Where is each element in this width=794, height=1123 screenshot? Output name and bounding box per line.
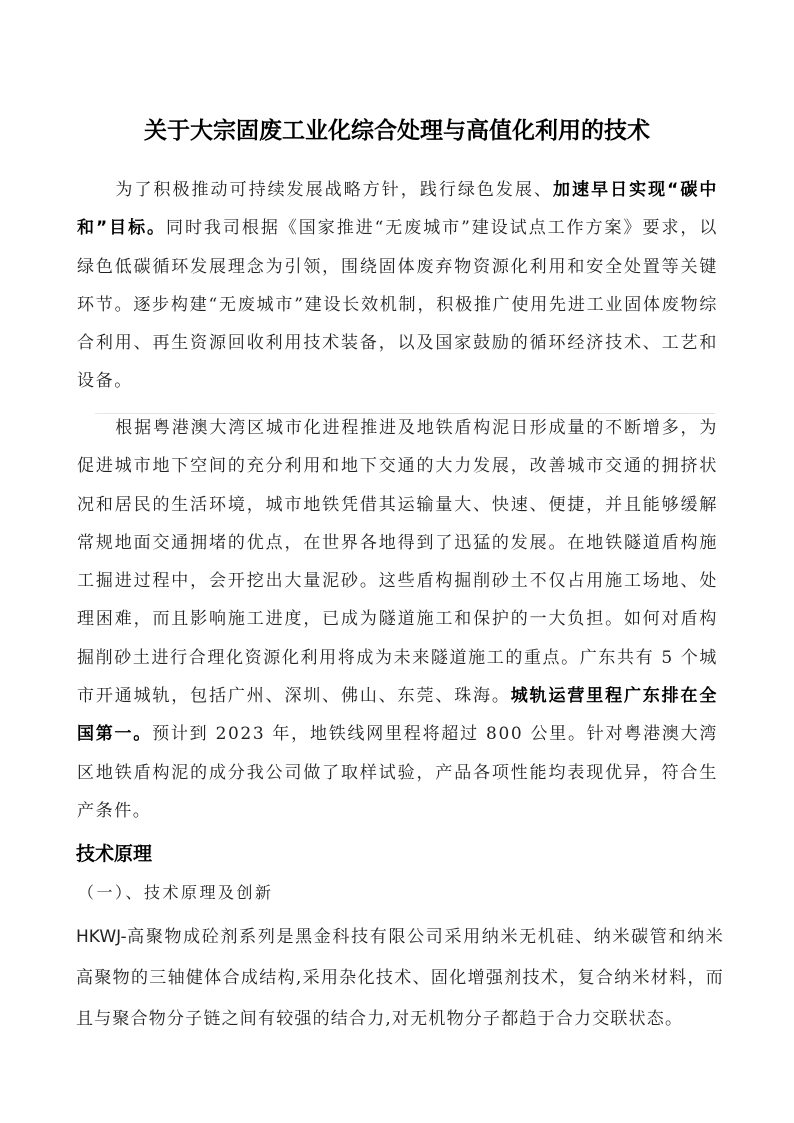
intro-paragraph: 为了积极推动可持续发展战略方针，践行绿色发展、加速早日实现“碳中和”目标。同时我… [77,171,718,401]
product-code: HKWJ- [76,927,127,947]
document-title: 关于大宗固废工业化综合处理与高值化利用的技术 [0,112,794,145]
technology-paragraph: HKWJ-高聚物成砼剂系列是黑金科技有限公司采用纳米无机硅、纳米碳管和纳米高聚物… [76,917,724,1040]
intro-text-2: 同时我司根据《国家推进“无废城市”建设试点工作方案》要求，以绿色低碳循环发展理念… [77,218,718,391]
technology-text: 高聚物成砼剂系列是黑金科技有限公司采用纳米无机硅、纳米碳管和纳米高聚物的三轴健体… [76,927,724,1029]
background-paragraph: 根据粤港澳大湾区城市化进程推进及地铁盾构泥日形成量的不断增多，为促进城市地下空间… [77,409,718,830]
intro-text-1: 为了积极推动可持续发展战略方针，践行绿色发展、 [115,180,553,200]
section-heading: 技术原理 [76,839,152,866]
subsection-heading: （一）、技术原理及创新 [78,880,274,903]
document-page: 关于大宗固废工业化综合处理与高值化利用的技术 为了积极推动可持续发展战略方针，践… [0,0,794,1123]
background-text-2: 预计到 2023 年，地铁线网里程将超过 800 公里。针对粤港澳大湾区地铁盾构… [77,724,718,821]
background-text-1: 根据粤港澳大湾区城市化进程推进及地铁盾构泥日形成量的不断增多，为促进城市地下空间… [77,418,718,706]
